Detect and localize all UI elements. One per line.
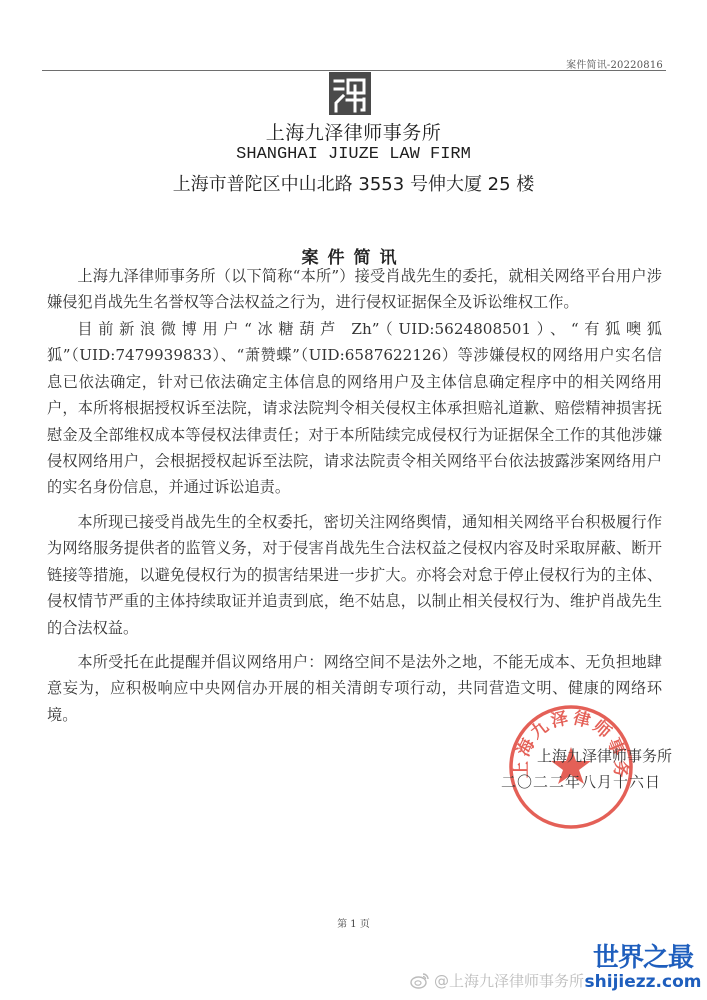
paragraph-text: 本所受托在此提醒并倡议网络用户：网络空间不是法外之地，不能无成本、无负担地肆意妄… [47, 649, 662, 728]
paragraph-1: 上海九泽律师事务所（以下简称“本所”）接受肖战先生的委托，就相关网络平台用户涉嫌… [47, 263, 662, 316]
signature-date: 二〇二二年八月十六日 [501, 771, 661, 792]
firm-name-cn: 上海九泽律师事务所 [0, 118, 707, 145]
paragraph-4: 本所受托在此提醒并倡议网络用户：网络空间不是法外之地，不能无成本、无负担地肆意妄… [47, 649, 662, 728]
weibo-icon [410, 972, 430, 993]
site-logo: 世界之最 shijiezz.com [584, 944, 702, 992]
site-logo-url: shijiezz.com [584, 972, 702, 992]
weibo-handle: @上海九泽律师事务所 [434, 972, 584, 990]
weibo-watermark: @上海九泽律师事务所 [410, 970, 584, 993]
paragraph-text: 目前新浪微博用户“冰糖葫芦 Zh”（UID:5624808501）、“有狐噢狐狐… [47, 316, 662, 501]
firm-address: 上海市普陀区中山北路 3553 号伸大厦 25 楼 [0, 170, 707, 196]
header-divider [42, 70, 666, 71]
page-number: 第 1 页 [0, 915, 707, 930]
site-logo-name: 世界之最 [584, 944, 702, 972]
paragraph-2: 目前新浪微博用户“冰糖葫芦 Zh”（UID:5624808501）、“有狐噢狐狐… [47, 316, 662, 501]
paragraph-3: 本所现已接受肖战先生的全权委托，密切关注网络舆情，通知相关网络平台积极履行作为网… [47, 509, 662, 641]
firm-logo-icon [329, 72, 371, 115]
signature-firm: 上海九泽律师事务所 [537, 745, 672, 766]
reference-code: 案件简讯-20220816 [566, 56, 663, 71]
paragraph-text: 本所现已接受肖战先生的全权委托，密切关注网络舆情，通知相关网络平台积极履行作为网… [47, 509, 662, 641]
firm-name-en: SHANGHAI JIUZE LAW FIRM [0, 145, 707, 164]
paragraph-text: 上海九泽律师事务所（以下简称“本所”）接受肖战先生的委托，就相关网络平台用户涉嫌… [47, 263, 662, 316]
